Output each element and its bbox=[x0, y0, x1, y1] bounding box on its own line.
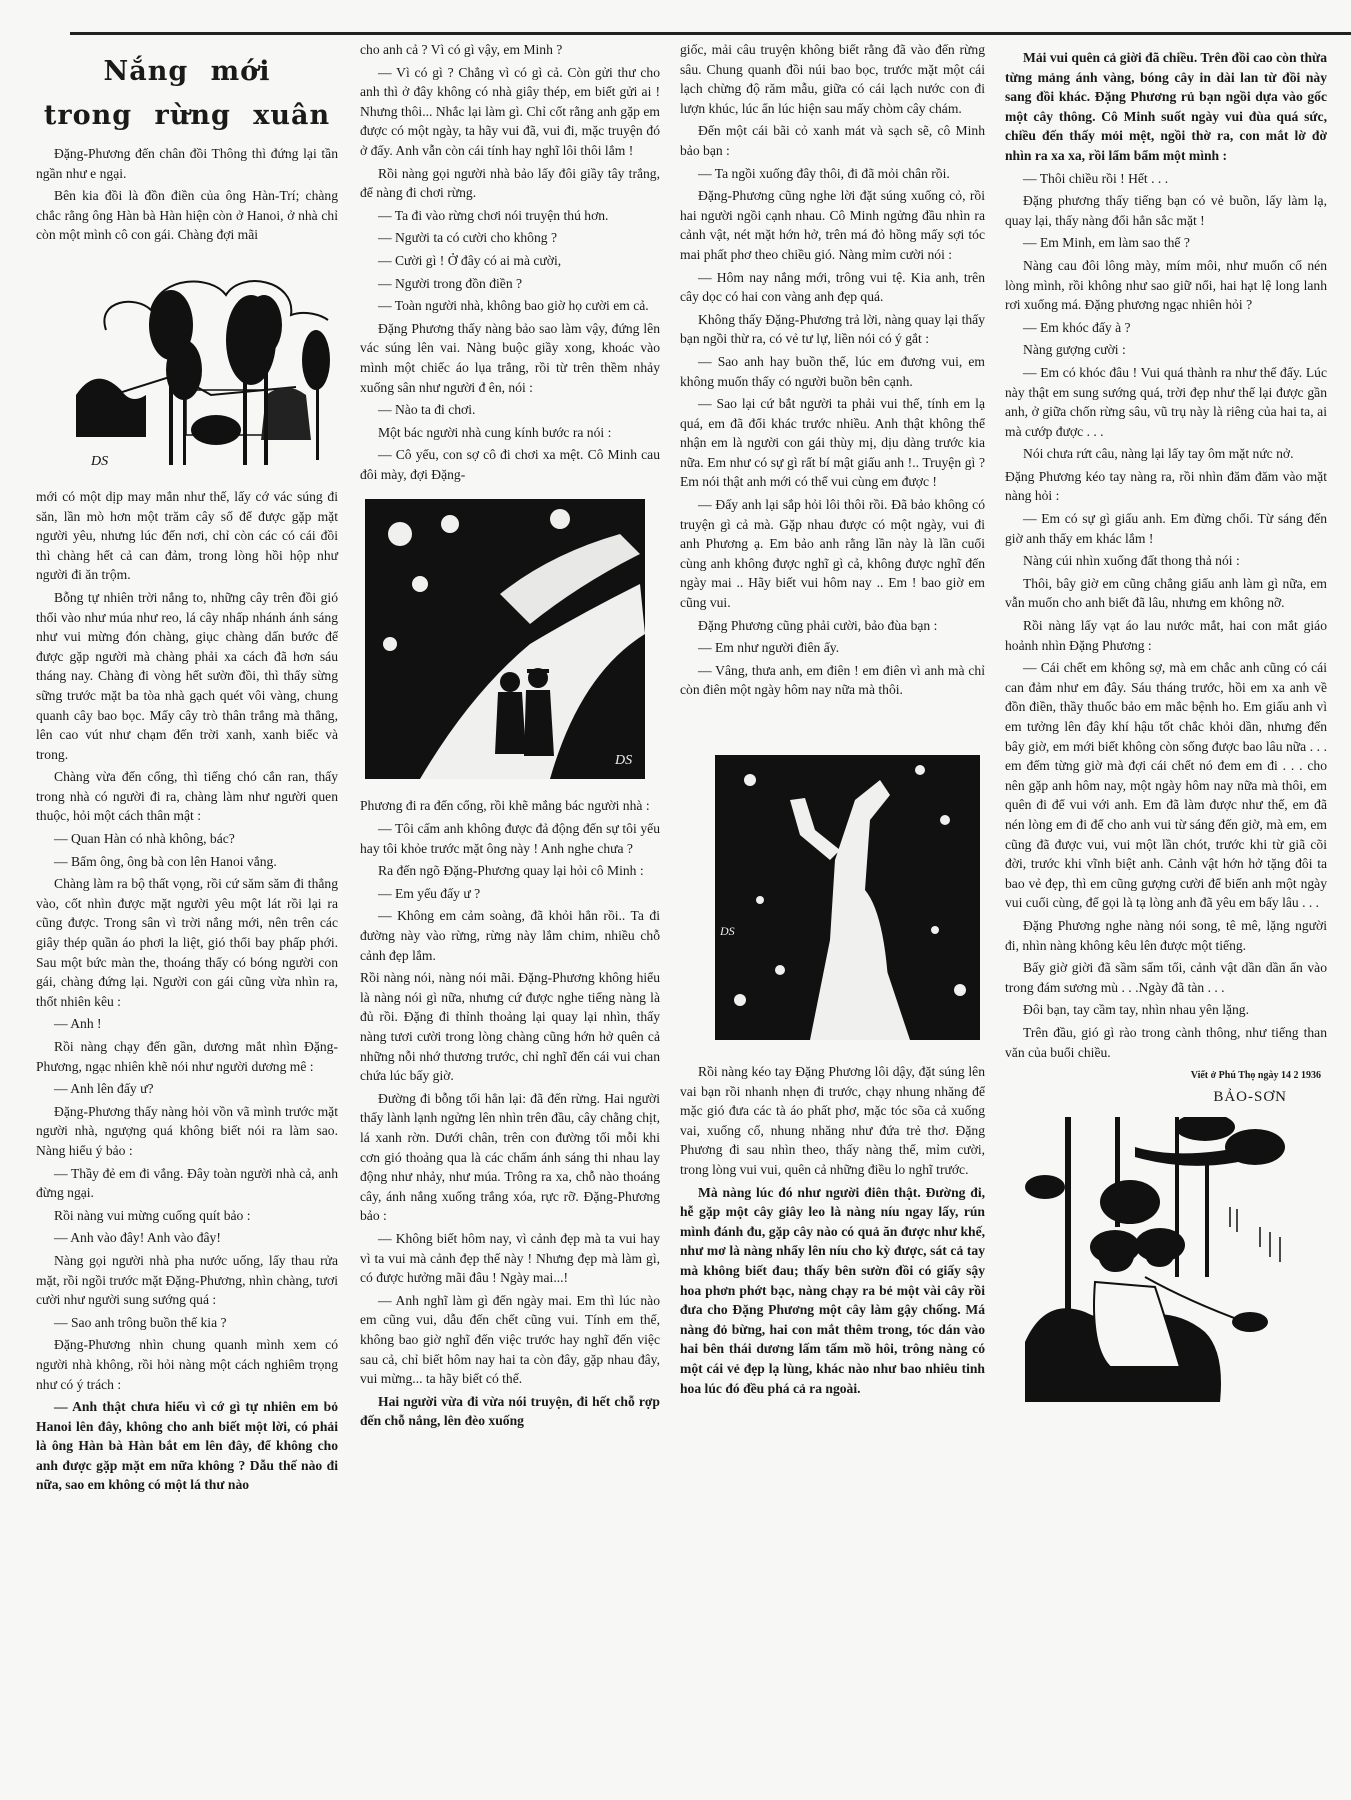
paragraph: Đến một cái bãi cỏ xanh mát và sạch sẽ, … bbox=[680, 121, 985, 160]
dateline: Viết ở Phú Thọ ngày 14 2 1936 bbox=[1005, 1066, 1327, 1086]
paragraph: Đường đi bỗng tối hẳn lại: đã đến rừng. … bbox=[360, 1089, 660, 1226]
dialog-line: — Không biết hôm nay, vì cảnh đẹp mà ta … bbox=[360, 1229, 660, 1288]
paragraph: Đặng-Phương nhìn chung quanh mình xem có… bbox=[36, 1335, 338, 1394]
dialog-line: — Cái chết em không sợ, mà em chắc anh c… bbox=[1005, 658, 1327, 913]
dialog-line: — Sao anh trông buồn thế kia ? bbox=[36, 1313, 338, 1333]
dialog-line: — Người ta có cười cho không ? bbox=[360, 228, 660, 248]
paragraph: Rồi nàng gọi người nhà bảo lấy đôi giầy … bbox=[360, 164, 660, 203]
title-line-1: Nắng mới bbox=[36, 50, 338, 94]
pine-trees-house-icon: DS bbox=[36, 255, 338, 475]
dialog-line: — Em yếu đấy ư ? bbox=[360, 884, 660, 904]
column-1: Nắng mới trong rừng xuân Đặng-Phương đến… bbox=[36, 40, 338, 1498]
dialog-line: — Hôm nay nắng mới, trông vui tệ. Kia an… bbox=[680, 268, 985, 307]
article-signature: Viết ở Phú Thọ ngày 14 2 1936 BẢO-SƠN bbox=[1005, 1066, 1327, 1107]
paragraph: Nói chưa rứt câu, nàng lại lấy tay ôm mặ… bbox=[1005, 444, 1327, 464]
paragraph: mới có một dịp may mắn như thế, lấy cớ v… bbox=[36, 487, 338, 585]
paragraph: Đặng Phương kéo tay nàng ra, rồi nhìn đă… bbox=[1005, 467, 1327, 506]
paragraph: Bỗng tự nhiên trời nắng to, những cây tr… bbox=[36, 588, 338, 764]
dialog-line: — Em có sự gì giấu anh. Em đừng chối. Từ… bbox=[1005, 509, 1327, 548]
paragraph: Đặng-Phương đến chân đồi Thông thì đứng … bbox=[36, 144, 338, 183]
illustration-signature: DS bbox=[614, 753, 632, 768]
article-title: Nắng mới trong rừng xuân bbox=[36, 50, 338, 138]
illustration-couple-walking: DS bbox=[360, 494, 660, 784]
dialog-line: — Anh vào đây! Anh vào đây! bbox=[36, 1228, 338, 1248]
illustration-pine-trees-house: DS bbox=[36, 255, 338, 475]
illustration-woman-reaching-branch: DS bbox=[680, 740, 985, 1050]
paragraph: giốc, mải câu truyện không biết rằng đã … bbox=[680, 40, 985, 118]
woman-reaching-branch-icon: DS bbox=[680, 740, 985, 1040]
paragraph: Chàng làm ra bộ thất vọng, rồi cứ săm să… bbox=[36, 874, 338, 1011]
column-2: cho anh cả ? Vì có gì vậy, em Minh ? — V… bbox=[360, 40, 660, 1434]
dialog-line: — Bẩm ông, ông bà con lên Hanoi vắng. bbox=[36, 852, 338, 872]
paragraph: Đặng Phương thấy nàng bảo sao làm vậy, đ… bbox=[360, 319, 660, 397]
column-4: Mải vui quên cả giời đã chiều. Trên đồi … bbox=[1005, 48, 1327, 1429]
dialog-line: — Vâng, thưa anh, em điên ! em điên vì a… bbox=[680, 661, 985, 700]
paragraph: Rồi nàng vui mừng cuống quít bảo : bbox=[36, 1206, 338, 1226]
paragraph: Nàng gượng cười : bbox=[1005, 340, 1327, 360]
dialog-line: — Ta đi vào rừng chơi nói truyện thú hơn… bbox=[360, 206, 660, 226]
paragraph: Đặng Phương cũng phải cười, bảo đùa bạn … bbox=[680, 616, 985, 636]
dialog-line: — Anh ! bbox=[36, 1014, 338, 1034]
dialog-line: — Anh nghĩ làm gì đến ngày mai. Em thì l… bbox=[360, 1291, 660, 1389]
paragraph: cho anh cả ? Vì có gì vậy, em Minh ? bbox=[360, 40, 660, 60]
paragraph: Thôi, bây giờ em cũng chẳng giấu anh làm… bbox=[1005, 574, 1327, 613]
dialog-line: — Anh thật chưa hiểu vì cớ gì tự nhiên e… bbox=[36, 1397, 338, 1495]
dialog-line: — Thôi chiều rồi ! Hết . . . bbox=[1005, 169, 1327, 189]
paragraph: Đặng phương thấy tiếng bạn có vẻ buồn, l… bbox=[1005, 191, 1327, 230]
paragraph: Nàng cúi nhìn xuống đất thong thả nói : bbox=[1005, 551, 1327, 571]
dialog-line: — Ta ngồi xuống đây thôi, đi đã mỏi chân… bbox=[680, 164, 985, 184]
dialog-line: — Sao lại cứ bắt người ta phải vui thế, … bbox=[680, 394, 985, 492]
couple-sitting-under-trees-icon bbox=[1005, 1117, 1325, 1407]
paragraph: Đặng-Phương thấy nàng hỏi vồn vã mình tr… bbox=[36, 1102, 338, 1161]
paragraph: Một bác người nhà cung kính bước ra nói … bbox=[360, 423, 660, 443]
paragraph: Rồi nàng kéo tay Đặng Phương lôi dậy, đặ… bbox=[680, 1062, 985, 1180]
illustration-couple-sitting bbox=[1005, 1117, 1327, 1417]
paragraph: Hai người vừa đi vừa nói truyện, đi hết … bbox=[360, 1392, 660, 1431]
dialog-line: — Em có khóc đâu ! Vui quá thành ra như … bbox=[1005, 363, 1327, 441]
top-rule bbox=[70, 32, 1351, 35]
paragraph: Nàng cau đôi lông mày, mím môi, như muốn… bbox=[1005, 256, 1327, 315]
author-name: BẢO-SƠN bbox=[1005, 1088, 1327, 1108]
dialog-line: — Cô yếu, con sợ cô đi chơi xa mệt. Cô M… bbox=[360, 445, 660, 484]
title-line-2: trong rừng xuân bbox=[36, 94, 338, 138]
dialog-line: — Em khóc đấy à ? bbox=[1005, 318, 1327, 338]
paragraph: Mải vui quên cả giời đã chiều. Trên đồi … bbox=[1005, 48, 1327, 166]
illustration-signature: DS bbox=[719, 924, 735, 938]
dialog-line: — Đấy anh lại sắp hỏi lôi thôi rồi. Đã b… bbox=[680, 495, 985, 613]
dialog-line: — Người trong đồn điền ? bbox=[360, 274, 660, 294]
dialog-line: — Không em cảm soàng, đã khỏi hẳn rồi.. … bbox=[360, 906, 660, 965]
paragraph: Ra đến ngõ Đặng-Phương quay lại hỏi cô M… bbox=[360, 861, 660, 881]
paragraph: Rồi nàng chạy đến gần, dương mắt nhìn Đặ… bbox=[36, 1037, 338, 1076]
paragraph: Trên đầu, gió gì rào trong cành thông, n… bbox=[1005, 1023, 1327, 1062]
dialog-line: — Sao anh hay buồn thế, lúc em đương vui… bbox=[680, 352, 985, 391]
paragraph: Đặng-Phương cũng nghe lời đặt súng xuống… bbox=[680, 186, 985, 264]
paragraph: Đặng Phương nghe nàng nói song, tê mê, l… bbox=[1005, 916, 1327, 955]
dialog-line: — Thầy đẻ em đi vắng. Đây toàn người nhà… bbox=[36, 1164, 338, 1203]
paragraph: Rồi nàng nói, nàng nói mãi. Đặng-Phương … bbox=[360, 968, 660, 1086]
paragraph: Rồi nàng lấy vạt áo lau nước mắt, hai co… bbox=[1005, 616, 1327, 655]
column-3: giốc, mải câu truyện không biết rằng đã … bbox=[680, 40, 985, 1401]
dialog-line: — Cười gì ! Ở đây có ai mà cười, bbox=[360, 251, 660, 271]
couple-walking-forest-icon: DS bbox=[360, 494, 660, 784]
paragraph: Chàng vừa đến cổng, thì tiếng chó cắn ra… bbox=[36, 767, 338, 826]
dialog-line: — Nào ta đi chơi. bbox=[360, 400, 660, 420]
paragraph: Không thấy Đặng-Phương trả lời, nàng qua… bbox=[680, 310, 985, 349]
illustration-signature: DS bbox=[90, 454, 108, 469]
paragraph: Mà nàng lúc đó như người điên thật. Đườn… bbox=[680, 1183, 985, 1399]
dialog-line: — Em như người điên ấy. bbox=[680, 638, 985, 658]
paragraph: Nàng gọi người nhà pha nước uống, lấy th… bbox=[36, 1251, 338, 1310]
dialog-line: — Vì có gì ? Chẳng vì có gì cả. Còn gửi … bbox=[360, 63, 660, 161]
paragraph: Bấy giờ giời đã sầm sẩm tối, cảnh vật dầ… bbox=[1005, 958, 1327, 997]
dialog-line: — Quan Hàn có nhà không, bác? bbox=[36, 829, 338, 849]
paragraph: Đôi bạn, tay cầm tay, nhìn nhau yên lặng… bbox=[1005, 1000, 1327, 1020]
dialog-line: — Em Minh, em làm sao thế ? bbox=[1005, 233, 1327, 253]
dialog-line: — Tôi cấm anh không được đả động đến sự … bbox=[360, 819, 660, 858]
paragraph: Bên kia đồi là đồn điền của ông Hàn-Trí;… bbox=[36, 186, 338, 245]
paragraph: Phương đi ra đến cổng, rồi khẽ mắng bác … bbox=[360, 796, 660, 816]
dialog-line: — Toàn người nhà, không bao giờ họ cười … bbox=[360, 296, 660, 316]
dialog-line: — Anh lên đấy ư? bbox=[36, 1079, 338, 1099]
